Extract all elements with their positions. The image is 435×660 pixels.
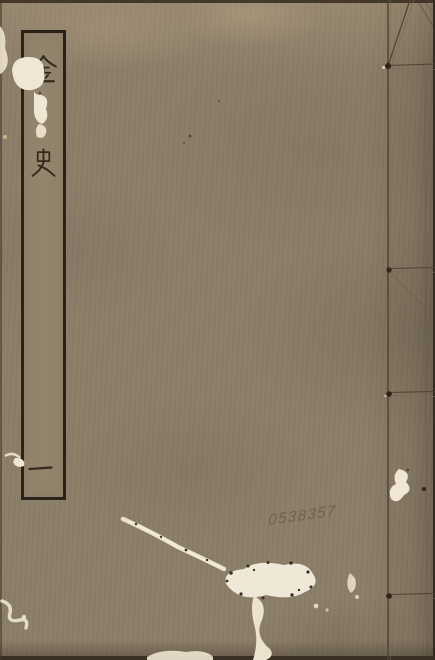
book-bottom-edge-shadow (0, 640, 435, 656)
volume-text: 一 (24, 33, 25, 34)
title-text: 金史 (24, 33, 25, 34)
volume-char-yi-glyph (28, 463, 53, 473)
book-left-edge (0, 0, 2, 660)
book-top-edge (0, 0, 435, 3)
title-char-shi-glyph (29, 145, 58, 183)
title-char-jin-glyph (28, 51, 59, 91)
title-slip: 金史 一 (21, 30, 66, 500)
book-bottom-edge (0, 656, 435, 660)
book-cover: 金史 一 0538357 (0, 0, 435, 660)
